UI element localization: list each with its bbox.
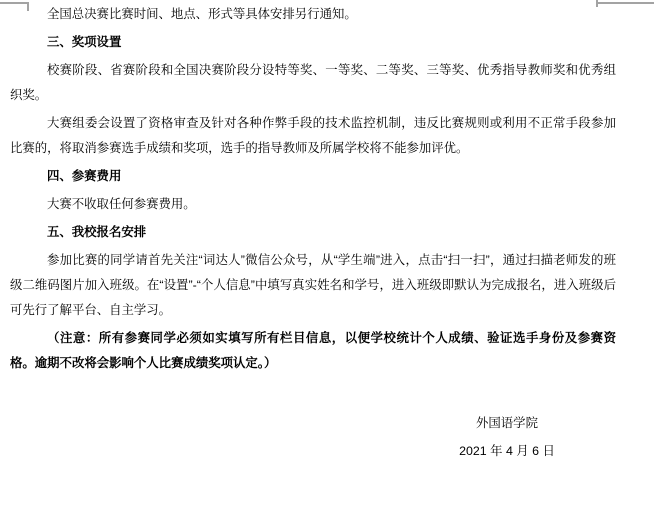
document-page: 全国总决赛比赛时间、地点、形式等具体安排另行通知。 三、奖项设置 校赛阶段、省赛… — [0, 0, 654, 508]
paragraph-notice-arrangement: 全国总决赛比赛时间、地点、形式等具体安排另行通知。 — [10, 2, 616, 27]
signature-department: 外国语学院 — [407, 411, 607, 436]
document-text-block: 全国总决赛比赛时间、地点、形式等具体安排另行通知。 三、奖项设置 校赛阶段、省赛… — [10, 2, 616, 464]
section-heading-registration: 五、我校报名安排 — [10, 220, 616, 245]
section-heading-fees: 四、参赛费用 — [10, 164, 616, 189]
signature-block: 外国语学院 2021 年 4 月 6 日 — [407, 411, 607, 464]
paragraph-award-levels: 校赛阶段、省赛阶段和全国决赛阶段分设特等奖、一等奖、二等奖、三等奖、优秀指导教师… — [10, 58, 616, 108]
paragraph-anti-cheating: 大赛组委会设置了资格审查及针对各种作弊手段的技术监控机制，违反比赛规则或利用不正… — [10, 111, 616, 161]
paragraph-registration-steps: 参加比赛的同学请首先关注“词达人”微信公众号，从“学生端”进入，点击“扫一扫”，… — [10, 248, 616, 323]
paragraph-no-fees: 大赛不收取任何参赛费用。 — [10, 192, 616, 217]
section-heading-awards: 三、奖项设置 — [10, 30, 616, 55]
signature-date: 2021 年 4 月 6 日 — [407, 439, 607, 464]
paragraph-note-warning: （注意：所有参赛同学必须如实填写所有栏目信息，以便学校统计个人成绩、验证选手身份… — [10, 326, 616, 376]
